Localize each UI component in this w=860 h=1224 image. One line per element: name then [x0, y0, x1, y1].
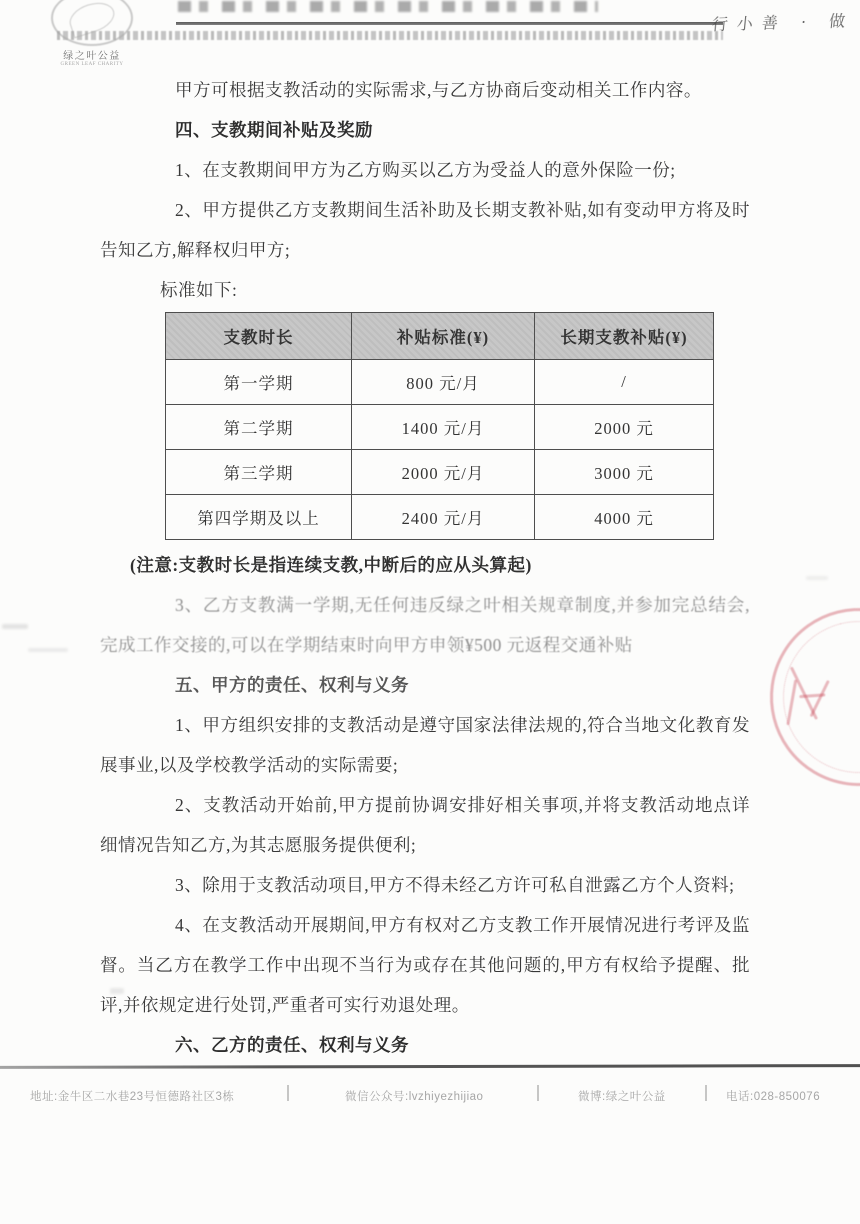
scan-smudge: [2, 624, 28, 629]
logo-org-name: 绿之叶公益: [44, 47, 140, 62]
table-note: (注意:支教时长是指连续支教,中断后的应从头算起): [100, 545, 750, 585]
footer-divider: [537, 1085, 539, 1101]
footer-divider: [287, 1085, 289, 1101]
scan-smudge: [110, 988, 124, 994]
table-intro: 标准如下:: [100, 270, 750, 310]
cell-standard: 2400 元/月: [352, 495, 535, 540]
document-body: 甲方可根据支教活动的实际需求,与乙方协商后变动相关工作内容。 四、支教期间补贴及…: [100, 70, 750, 1065]
footer-divider: [705, 1085, 707, 1101]
col-header-duration: 支教时长: [166, 313, 352, 360]
cell-standard: 1400 元/月: [352, 405, 535, 450]
table-row: 第三学期 2000 元/月 3000 元: [166, 450, 714, 495]
table-row: 第二学期 1400 元/月 2000 元: [166, 405, 714, 450]
cell-duration: 第四学期及以上: [166, 495, 352, 540]
header-rule-line: [176, 22, 723, 25]
cell-longterm: 4000 元: [535, 495, 714, 540]
subsidy-table: 支教时长 补贴标准(¥) 长期支教补贴(¥) 第一学期 800 元/月 / 第二…: [165, 312, 714, 540]
section5-item3: 3、除用于支教活动项目,甲方不得未经乙方许可私自泄露乙方个人资料;: [100, 865, 750, 905]
col-header-longterm: 长期支教补贴(¥): [535, 313, 714, 360]
section4-heading: 四、支教期间补贴及奖励: [100, 110, 750, 150]
red-seal-stamp: [751, 589, 860, 805]
section6-heading: 六、乙方的责任、权利与义务: [100, 1025, 750, 1065]
header-fine-print-strip: [57, 31, 723, 40]
paragraph-intro: 甲方可根据支教活动的实际需求,与乙方协商后变动相关工作内容。: [100, 70, 750, 110]
cell-longterm: /: [535, 360, 714, 405]
footer-weibo-account: 微博:绿之叶公益: [578, 1088, 666, 1104]
scan-smudge: [28, 648, 68, 652]
document-page: 绿之叶公益 GREEN LEAF CHARITY 行小善 · 做 甲方可根据支教…: [0, 0, 860, 1224]
footer-rule-line: [0, 1064, 860, 1069]
footer-phone: 电话:028-850076: [726, 1088, 820, 1104]
cell-duration: 第二学期: [166, 405, 352, 450]
col-header-standard: 补贴标准(¥): [352, 313, 535, 360]
cell-standard: 800 元/月: [352, 360, 535, 405]
cell-longterm: 3000 元: [535, 450, 714, 495]
cell-duration: 第三学期: [166, 450, 352, 495]
section5-item4: 4、在支教活动开展期间,甲方有权对乙方支教工作开展情况进行考评及监督。当乙方在教…: [100, 905, 750, 1025]
logo-org-subtitle: GREEN LEAF CHARITY: [44, 62, 140, 67]
cell-standard: 2000 元/月: [352, 450, 535, 495]
section4-item1: 1、在支教期间甲方为乙方购买以乙方为受益人的意外保险一份;: [100, 150, 750, 190]
section5-heading: 五、甲方的责任、权利与义务: [100, 665, 750, 705]
table-row: 第一学期 800 元/月 /: [166, 360, 714, 405]
header-cropped-title-strip: [178, 1, 598, 12]
footer-wechat-account: 微信公众号:lvzhiyezhijiao: [345, 1088, 483, 1104]
cell-longterm: 2000 元: [535, 405, 714, 450]
section5-item1: 1、甲方组织安排的支教活动是遵守国家法律法规的,符合当地文化教育发展事业,以及学…: [100, 705, 750, 785]
section4-item2: 2、甲方提供乙方支教期间生活补助及长期支教补贴,如有变动甲方将及时告知乙方,解释…: [100, 190, 750, 270]
footer-address: 地址:金牛区二水巷23号恒德路社区3栋: [30, 1088, 234, 1104]
section5-item2: 2、支教活动开始前,甲方提前协调安排好相关事项,并将支教活动地点详细情况告知乙方…: [100, 785, 750, 865]
table-row: 第四学期及以上 2400 元/月 4000 元: [166, 495, 714, 540]
cell-duration: 第一学期: [166, 360, 352, 405]
scan-smudge: [806, 576, 828, 580]
table-header-row: 支教时长 补贴标准(¥) 长期支教补贴(¥): [166, 313, 714, 360]
handwritten-annotation: 行小善 · 做: [711, 8, 860, 35]
section4-item3: 3、乙方支教满一学期,无任何违反绿之叶相关规章制度,并参加完总结会,完成工作交接…: [100, 585, 750, 665]
subsidy-table-header: 支教时长 补贴标准(¥) 长期支教补贴(¥): [166, 313, 714, 360]
